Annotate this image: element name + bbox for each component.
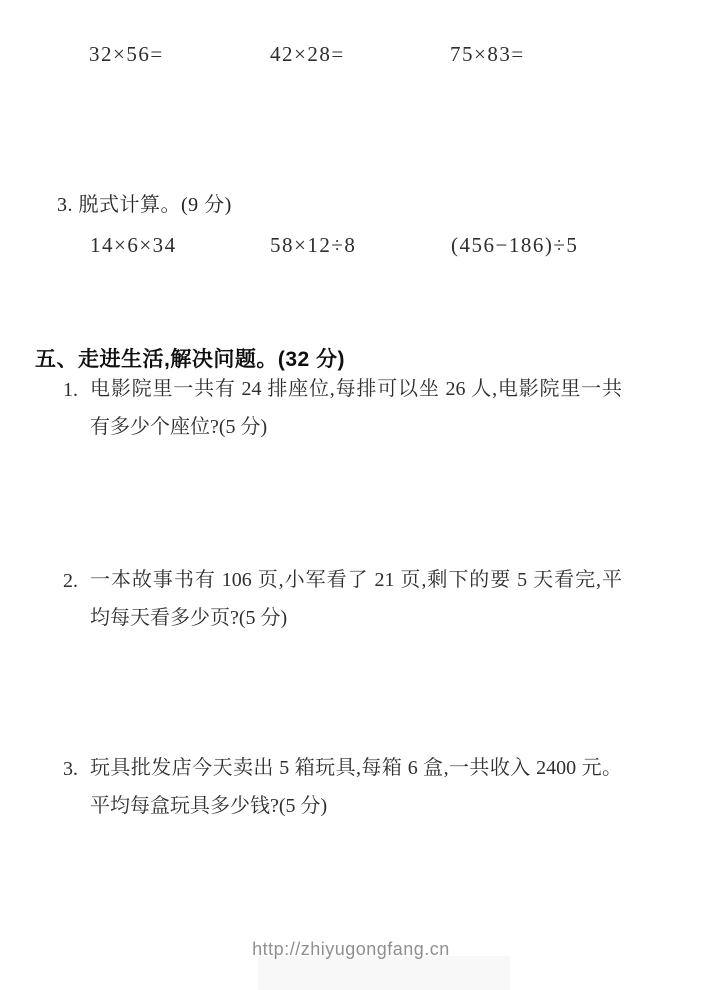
multiplication-problem-3: 75×83= xyxy=(450,42,525,67)
step-calculation-problem-3: (456−186)÷5 xyxy=(451,233,578,258)
problem-number: 2. xyxy=(63,570,78,593)
problem-text-line2: 均每天看多少页?(5 分) xyxy=(90,608,622,646)
multiplication-problem-1: 32×56= xyxy=(89,42,164,67)
step-calculation-problem-2: 58×12÷8 xyxy=(270,233,356,258)
multiplication-problem-2: 42×28= xyxy=(270,42,345,67)
problem-text-line1: 玩具批发店今天卖出 5 箱玩具,每箱 6 盒,一共收入 2400 元。 xyxy=(90,758,622,796)
problem-number: 1. xyxy=(63,379,78,402)
problem-text-line2: 平均每盒玩具多少钱?(5 分) xyxy=(90,796,622,834)
scan-shading-artifact xyxy=(258,956,510,990)
step-calculation-heading: 3. 脱式计算。(9 分) xyxy=(57,188,232,217)
word-problem-3: 3. 玩具批发店今天卖出 5 箱玩具,每箱 6 盒,一共收入 2400 元。 平… xyxy=(63,758,625,834)
word-problem-2: 2. 一本故事书有 106 页,小军看了 21 页,剩下的要 5 天看完,平 均… xyxy=(63,570,625,646)
worksheet-page: 32×56= 42×28= 75×83= 3. 脱式计算。(9 分) 14×6×… xyxy=(0,0,702,990)
problem-text-line2: 有多少个座位?(5 分) xyxy=(90,417,622,455)
problem-text-line1: 电影院里一共有 24 排座位,每排可以坐 26 人,电影院里一共 xyxy=(90,379,622,417)
problem-text-line1: 一本故事书有 106 页,小军看了 21 页,剩下的要 5 天看完,平 xyxy=(90,570,622,608)
problem-number: 3. xyxy=(63,758,78,781)
step-calculation-problem-1: 14×6×34 xyxy=(90,233,177,258)
word-problems-heading: 五、走进生活,解决问题。(32 分) xyxy=(35,343,345,373)
footer-watermark-url: http://zhiyugongfang.cn xyxy=(0,939,702,960)
word-problem-1: 1. 电影院里一共有 24 排座位,每排可以坐 26 人,电影院里一共 有多少个… xyxy=(63,379,625,455)
